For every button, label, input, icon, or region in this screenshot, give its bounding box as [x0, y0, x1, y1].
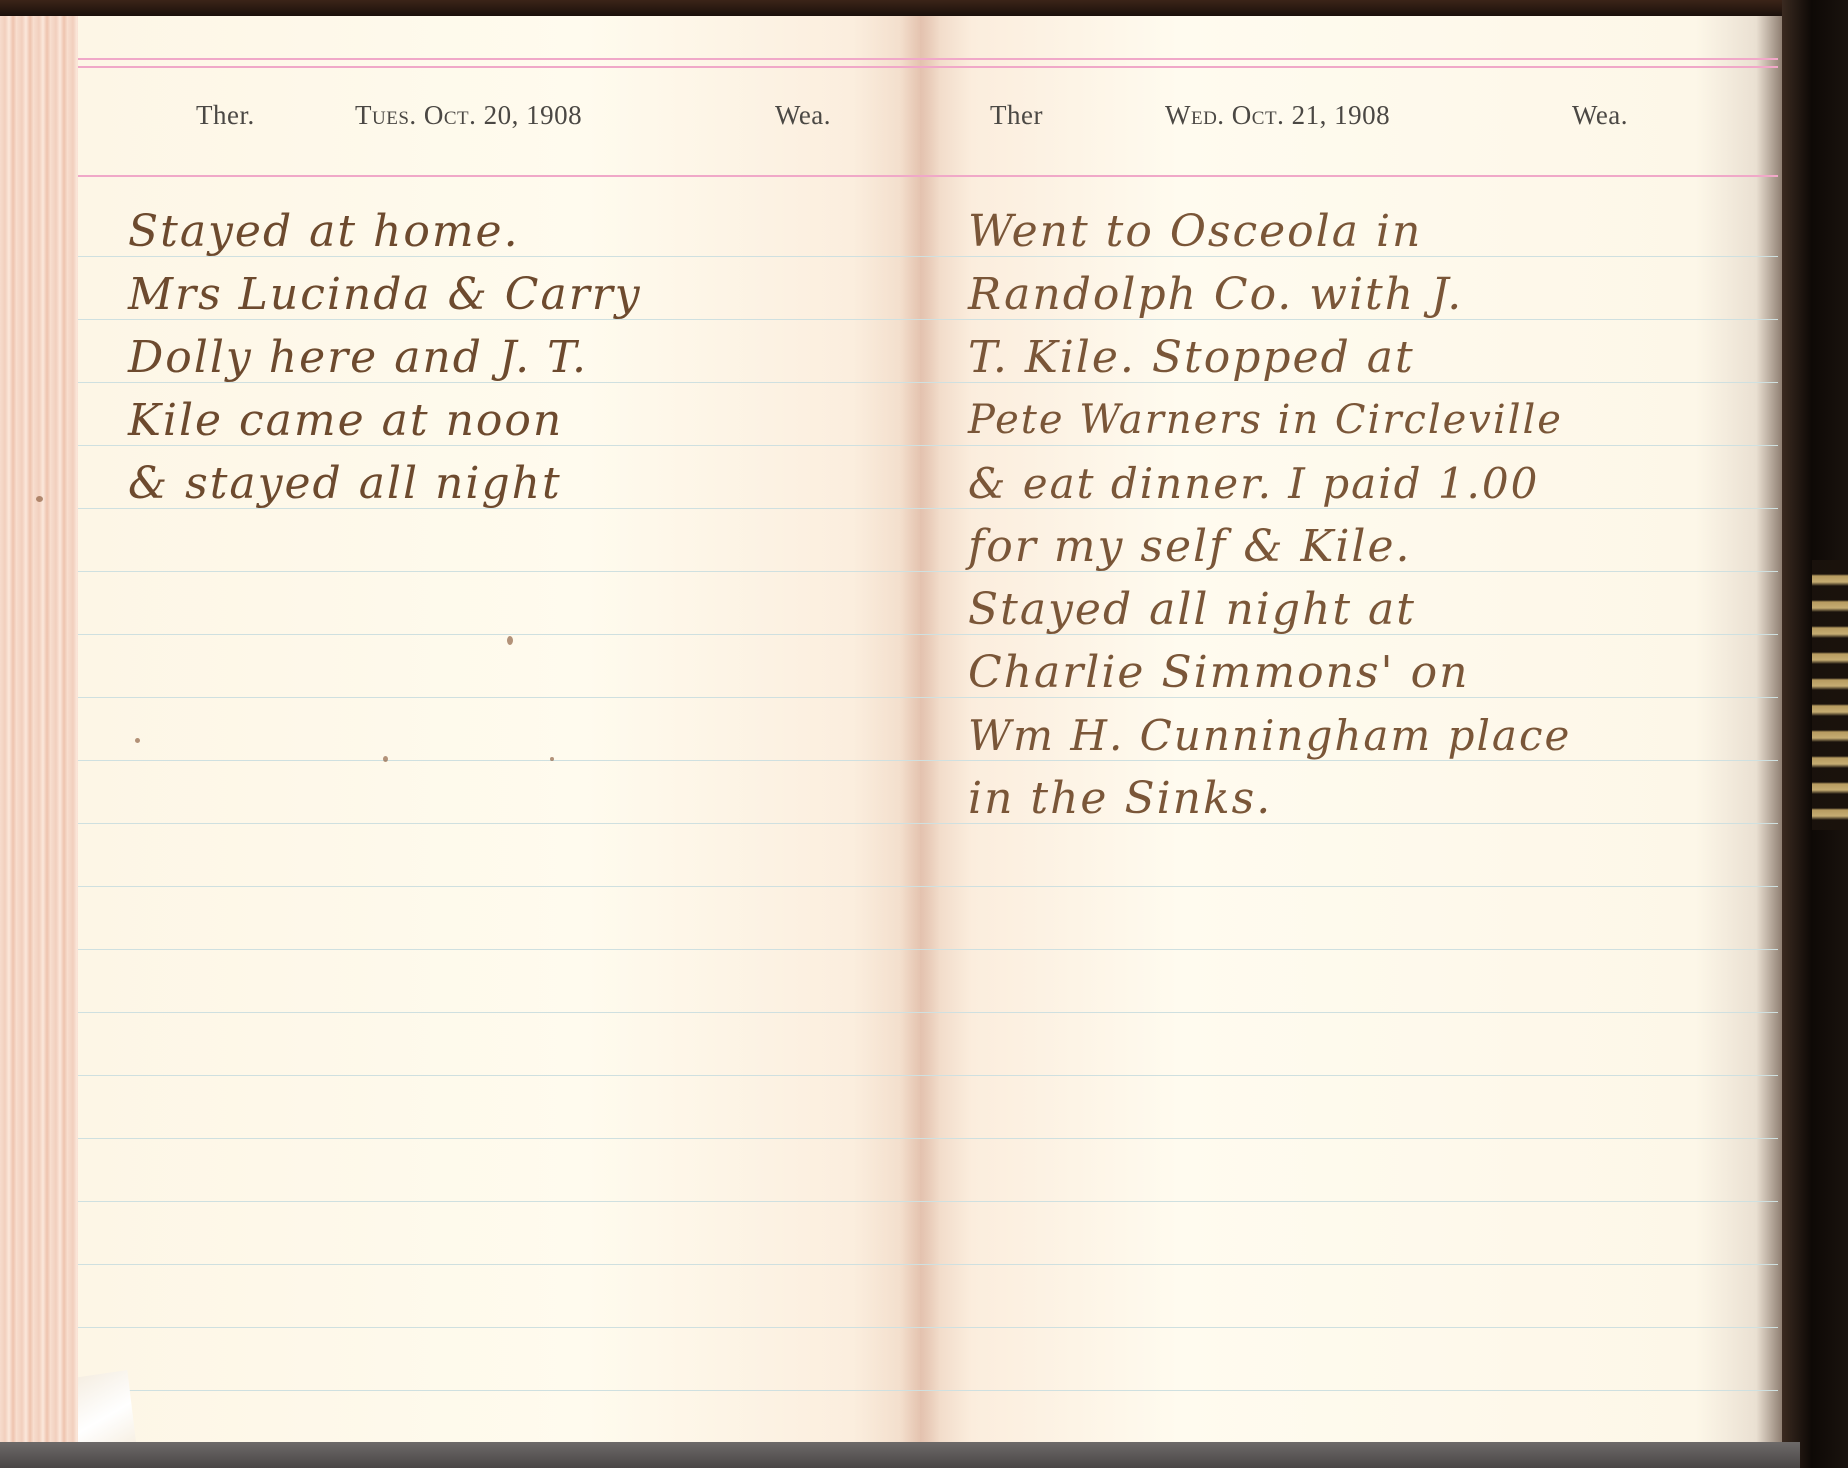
book-gutter: [900, 16, 940, 1442]
page-tabs: [1812, 560, 1848, 830]
entry-line: in the Sinks.: [968, 767, 1272, 830]
entry-line: Mrs Lucinda & Carry: [128, 263, 642, 326]
page-date: Wed. Oct. 21, 1908: [1165, 100, 1390, 131]
entry-line: T. Kile. Stopped at: [968, 326, 1415, 389]
page-edges-left: [0, 16, 78, 1442]
book-cover-top: [0, 0, 1848, 16]
wea-label: Wea.: [1572, 100, 1628, 131]
ruled-line: [78, 823, 1778, 824]
entry-line: & stayed all night: [128, 452, 562, 515]
ruled-line: [78, 1201, 1778, 1202]
ruled-line: [78, 571, 1778, 572]
entry-line: & eat dinner. I paid 1.00: [968, 452, 1539, 515]
right-page-header: Ther Wed. Oct. 21, 1908 Wea.: [0, 100, 1848, 140]
ruled-line: [78, 1012, 1778, 1013]
entry-line: Pete Warners in Circleville: [968, 389, 1563, 452]
ink-speck: [550, 757, 554, 761]
ther-label: Ther: [990, 100, 1043, 131]
ruled-line: [78, 886, 1778, 887]
pink-rule-top-2: [78, 66, 1778, 68]
ruled-line: [78, 1264, 1778, 1265]
folded-page-corner: [78, 1370, 136, 1442]
ruled-line: [78, 1138, 1778, 1139]
entry-line: Charlie Simmons' on: [968, 641, 1469, 704]
diary-book: Ther. Tues. Oct. 20, 1908 Wea. Ther Wed.…: [0, 0, 1848, 1468]
pink-rule-header: [78, 175, 1778, 177]
entry-line: Dolly here and J. T.: [128, 326, 588, 389]
ink-speck: [383, 756, 388, 762]
ink-speck: [135, 738, 140, 743]
ruled-line: [78, 697, 1778, 698]
entry-line: Stayed at home.: [128, 200, 520, 263]
book-cover-bottom: [0, 1442, 1800, 1468]
ruled-line: [78, 634, 1778, 635]
entry-line: Went to Osceola in: [968, 200, 1422, 263]
entry-line: Wm H. Cunningham place: [968, 704, 1571, 767]
ink-speck: [36, 496, 43, 502]
ruled-line: [78, 1075, 1778, 1076]
entry-line: Kile came at noon: [128, 389, 563, 452]
pink-rule-top-1: [78, 58, 1778, 60]
ink-speck: [507, 636, 513, 645]
ruled-line: [78, 1327, 1778, 1328]
entry-line: Randolph Co. with J.: [968, 263, 1463, 326]
ruled-line: [78, 1390, 1778, 1391]
entry-line: Stayed all night at: [968, 578, 1416, 641]
ruled-line: [78, 949, 1778, 950]
entry-line: for my self & Kile.: [968, 515, 1412, 578]
